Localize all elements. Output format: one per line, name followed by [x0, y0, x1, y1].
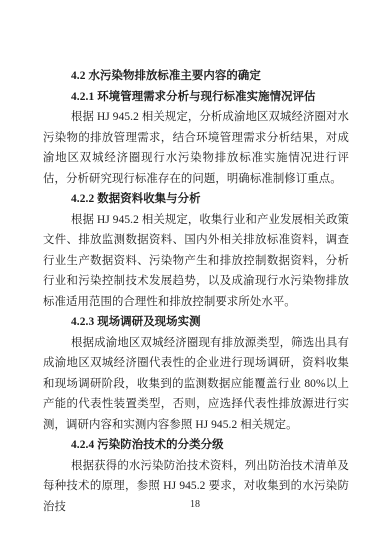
subsection-heading-4-2-3: 4.2.3 现场调研及现场实测	[43, 312, 349, 333]
paragraph-4-2-2: 根据 HJ 945.2 相关规定，收集行业和产业发展相关政策文件、排放监测数据资…	[43, 210, 349, 313]
document-body: 4.2 水污染物排放标准主要内容的确定 4.2.1 环境管理需求分析与现行标准实…	[43, 66, 349, 517]
subsection-heading-4-2-2: 4.2.2 数据资料收集与分析	[43, 189, 349, 210]
paragraph-4-2-3: 根据成渝地区双城经济圈现有排放源类型，筛选出具有成渝地区双城经济圈代表性的企业进…	[43, 333, 349, 436]
subsection-heading-4-2-4: 4.2.4 污染防治技术的分类分级	[43, 435, 349, 456]
paragraph-4-2-1: 根据 HJ 945.2 相关规定，分析成渝地区双城经济圈对水污染物的排放管理需求…	[43, 107, 349, 189]
document-page: 4.2 水污染物排放标准主要内容的确定 4.2.1 环境管理需求分析与现行标准实…	[0, 0, 390, 551]
section-heading-4-2: 4.2 水污染物排放标准主要内容的确定	[43, 66, 349, 87]
page-number: 18	[0, 498, 390, 512]
subsection-heading-4-2-1: 4.2.1 环境管理需求分析与现行标准实施情况评估	[43, 87, 349, 108]
